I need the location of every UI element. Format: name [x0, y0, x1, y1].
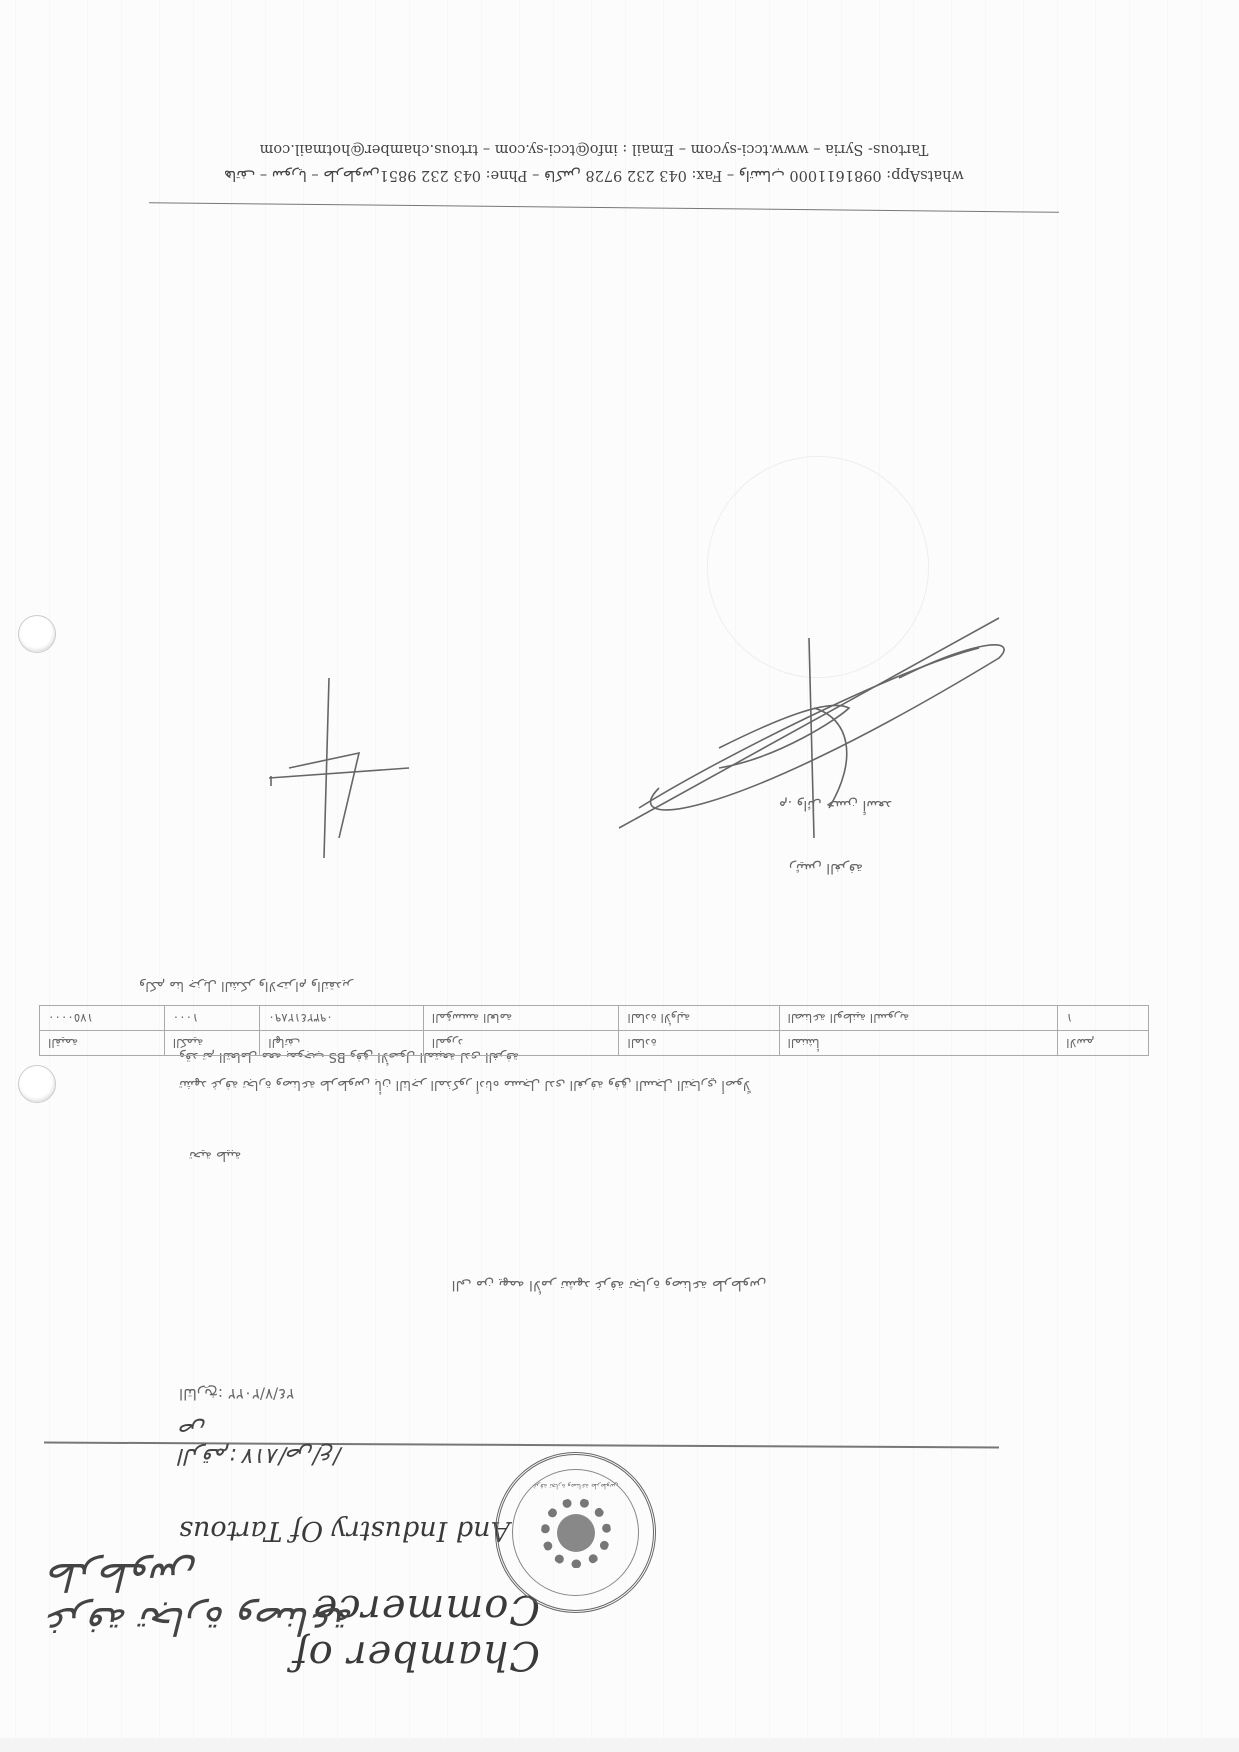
header-cell: الكمية [164, 1031, 260, 1056]
letter-subject: الى من يهمه الأمر تشهد غرفة تجارة وصناعة… [379, 1277, 839, 1293]
header-cell: الهاتف [260, 1031, 424, 1056]
header-cell: القيمة [40, 1031, 165, 1056]
header-cell: المورد [423, 1031, 619, 1056]
footer-line-1: whatsApp: 0981611000 واتساب – Fax: 043 2… [179, 162, 1009, 188]
table-row: ١٧٥٠٠٠٠ ١٠٠٠ ٠٩٣٢٤١٢٨٩٠ المؤسسة العامة ا… [40, 1006, 1149, 1031]
second-signature [259, 668, 419, 868]
name-cell: ١ [1058, 1006, 1149, 1031]
footer-line-2: Tartous- Syria – www.tcci-sycom – Email … [179, 136, 1009, 162]
letter-date: التاريخ: ٢٤/٧/٢٠٢٢ [179, 1385, 359, 1403]
signatory-title: رئيس الغرفة [789, 860, 949, 876]
quantity-cell: ١٠٠٠ [164, 1006, 260, 1031]
scanned-letter-page: Chamber of Commerce And Industry Of Tart… [0, 0, 1239, 1738]
chamber-arabic-title: غرفة تجارة وصناعة طرطوس [49, 1555, 389, 1643]
seal-text: غرفة تجارة وصناعة طرطوس [518, 1482, 633, 1490]
phone-cell: ٠٩٣٢٤١٢٨٩٠ [260, 1006, 424, 1031]
origin-cell: الصناعة الوطنية السورية [779, 1006, 1058, 1031]
chamber-seal-logo: غرفة تجارة وصناعة طرطوس [495, 1452, 656, 1613]
letter-greeting: تحية طيبة [189, 1148, 339, 1163]
supplier-cell: المؤسسة العامة [423, 1006, 619, 1031]
body-line-1: تشهد غرفة تجارة وصناعة طرطوس بأن التاجر … [179, 1070, 1059, 1098]
president-signature [599, 598, 1019, 858]
table-header-row: القيمة الكمية الهاتف المورد المادة المنش… [40, 1031, 1149, 1056]
ship-emblem-icon [557, 1514, 595, 1552]
reference-number: الرقم: ٨١٧/ص/ع/ص [179, 1418, 359, 1468]
closing-line: ولكم منا جزيل الشكر والاحترام والتقدير [139, 978, 539, 993]
footer-divider [149, 202, 1059, 213]
goods-table: القيمة الكمية الهاتف المورد المادة المنش… [39, 1005, 1149, 1056]
header-cell: المنشأ [779, 1031, 1058, 1056]
contact-footer: whatsApp: 0981611000 واتساب – Fax: 043 2… [179, 136, 1009, 188]
header-cell: المادة [619, 1031, 779, 1056]
punch-hole [18, 615, 56, 653]
punch-hole [18, 1065, 56, 1103]
value-cell: ١٧٥٠٠٠٠ [40, 1006, 165, 1031]
material-cell: المادة الأولية [619, 1006, 779, 1031]
title-line-2: And Industry Of Tartous [70, 1515, 540, 1546]
header-cell: الاسم [1058, 1031, 1149, 1056]
